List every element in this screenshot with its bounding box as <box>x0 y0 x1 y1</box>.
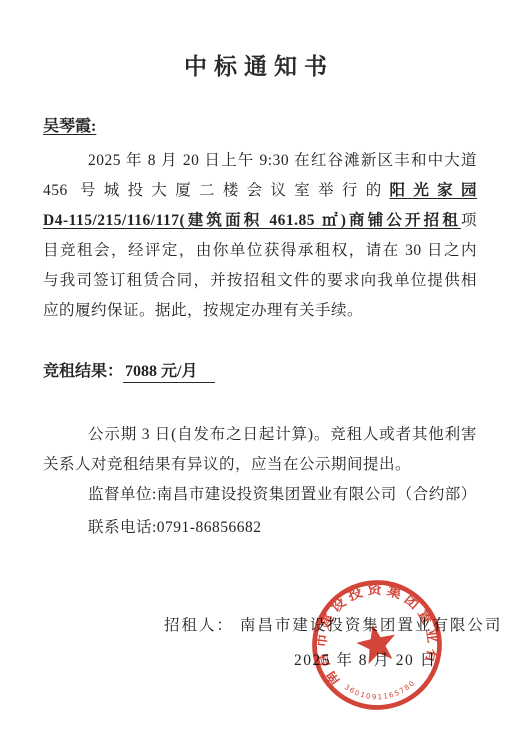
paragraph-line: D4-115/215/116/117(建筑面积 461.85 ㎡)商铺公开招租项 <box>43 206 477 236</box>
line-text: 应的履约保证。据此，按规定办理有关手续。 <box>43 302 363 319</box>
highlighted-shop-info: D4-115/215/116/117(建筑面积 461.85 ㎡)商铺公开招租 <box>43 212 461 229</box>
paragraph-line: 2025 年 8 月 20 日上午 9:30 在红谷滩新区丰和中大道 <box>43 146 477 176</box>
seal-star-icon <box>353 621 400 666</box>
bid-result-line: 竞租结果：7088 元/月 <box>43 358 215 383</box>
company-seal-stamp: 南昌市建设投资集团置业有限公司 3601091165780 <box>293 561 461 729</box>
line-text: 关系人对竞租结果有异议的，应当在公示期间提出。 <box>43 456 411 473</box>
paragraph-line: 目竞租会，经评定，由你单位获得承租权，请在 30 日之内 <box>43 236 477 266</box>
document-page: 中标通知书 吴琴霞: 2025 年 8 月 20 日上午 9:30 在红谷滩新区… <box>0 0 518 744</box>
paragraph-line: 456 号城投大厦二楼会议室举行的阳光家园 <box>43 176 477 206</box>
document-title: 中标通知书 <box>0 48 518 81</box>
line-text: 456 号城投大厦二楼会议室举行的 <box>43 182 390 199</box>
body-paragraph-1: 2025 年 8 月 20 日上午 9:30 在红谷滩新区丰和中大道 456 号… <box>43 146 477 326</box>
supervisor-line: 监督单位:南昌市建设投资集团置业有限公司（合约部） <box>43 480 477 510</box>
contact-phone-line: 联系电话:0791-86856682 <box>43 513 477 543</box>
paragraph-line: 与我司签订租赁合同，并按招租文件的要求向我单位提供相 <box>43 266 477 296</box>
line-text: 项 <box>461 212 477 229</box>
body-paragraph-2: 公示期 3 日(自发布之日起计算)。竞租人或者其他利害 关系人对竞租结果有异议的… <box>43 420 477 480</box>
paragraph-line: 关系人对竞租结果有异议的，应当在公示期间提出。 <box>43 450 477 480</box>
line-text: 与我司签订租赁合同，并按招租文件的要求向我单位提供相 <box>43 272 477 289</box>
paragraph-line: 公示期 3 日(自发布之日起计算)。竞租人或者其他利害 <box>43 420 477 450</box>
line-text: 目竞租会，经评定，由你单位获得承租权，请在 30 日之内 <box>43 242 477 259</box>
bid-result-label: 竞租结果： <box>43 363 123 380</box>
highlighted-project-name: 阳光家园 <box>390 182 477 199</box>
bid-result-value: 7088 元/月 <box>123 358 215 383</box>
line-text: 公示期 3 日(自发布之日起计算)。竞租人或者其他利害 <box>88 426 477 443</box>
paragraph-line: 应的履约保证。据此，按规定办理有关手续。 <box>43 296 477 326</box>
line-text: 2025 年 8 月 20 日上午 9:30 在红谷滩新区丰和中大道 <box>88 152 477 169</box>
recipient-name: 吴琴霞: <box>43 113 96 136</box>
